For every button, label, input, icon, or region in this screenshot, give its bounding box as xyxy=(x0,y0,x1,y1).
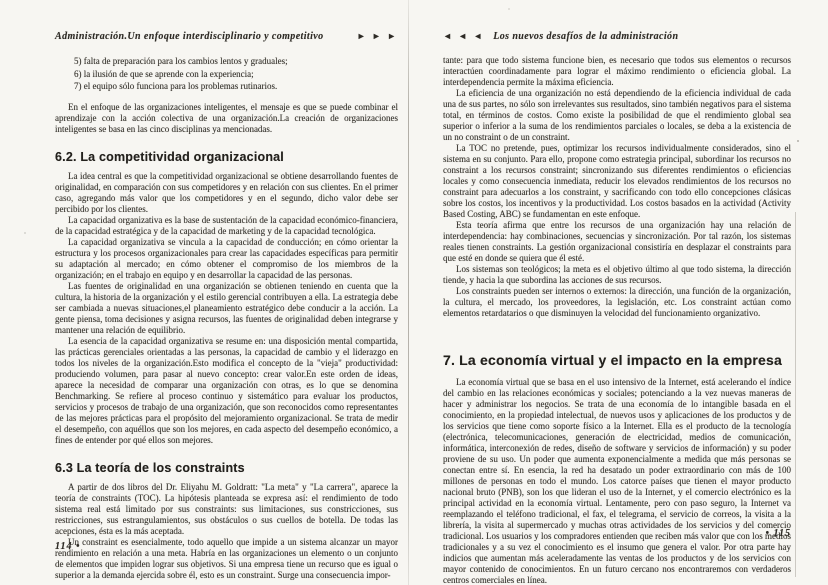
page-gutter-divider xyxy=(408,0,409,585)
scan-speck xyxy=(508,8,510,10)
numbered-list: 5) falta de preparación para los cambios… xyxy=(55,55,398,93)
paragraph: Las fuentes de originalidad en una organ… xyxy=(55,281,398,336)
scan-speck xyxy=(24,232,26,234)
page-left: Administración.Un enfoque interdisciplin… xyxy=(0,0,409,585)
paragraph: La capacidad organizativa es la base de … xyxy=(55,215,398,237)
backward-arrows-icon: ◄ ◄ ◄ xyxy=(443,31,484,41)
paragraph: Esta teoría afirma que entre los recurso… xyxy=(443,220,791,264)
numbered-item-5: 5) falta de preparación para los cambios… xyxy=(55,55,398,68)
paragraph: La eficiencia de una organización no est… xyxy=(443,88,791,143)
paragraph: Los constraints pueden ser internos o ex… xyxy=(443,286,791,319)
running-head-right: ◄ ◄ ◄ Los nuevos desafíos de la administ… xyxy=(443,31,791,42)
numbered-item-6: 6) la ilusión de que se aprende con la e… xyxy=(55,68,398,81)
page-number-left: 114 • xyxy=(55,541,80,552)
paragraph: Los sistemas son teológicos; la meta es … xyxy=(443,264,791,286)
section-heading-7: 7. La economía virtual y el impacto en l… xyxy=(443,352,791,368)
paragraph: La capacidad organizativa se vincula a l… xyxy=(55,237,398,281)
section-heading-6-2: 6.2. La competitividad organizacional xyxy=(55,150,398,164)
paragraph: La TOC no pretende, pues, optimizar los … xyxy=(443,143,791,220)
page-right: ◄ ◄ ◄ Los nuevos desafíos de la administ… xyxy=(413,0,828,585)
page-edge-line xyxy=(795,212,796,577)
book-spread: Administración.Un enfoque interdisciplin… xyxy=(0,0,828,585)
forward-arrows-icon: ► ► ► xyxy=(357,31,398,41)
paragraph: La economía virtual que se basa en el us… xyxy=(443,377,791,585)
section-heading-6-3: 6.3 La teoría de los constraints xyxy=(55,461,398,475)
intro-paragraph: En el enfoque de las organizaciones inte… xyxy=(55,102,398,135)
paragraph: La esencia de la capacidad organizativa … xyxy=(55,336,398,446)
paragraph: Un constraint es esencialmente, todo aqu… xyxy=(55,537,398,581)
running-head-left-title: Administración.Un enfoque interdisciplin… xyxy=(55,31,324,42)
scan-speck xyxy=(797,140,799,142)
paragraph: A partir de dos libros del Dr. Eliyahu M… xyxy=(55,482,398,537)
running-head-right-title: Los nuevos desafíos de la administración xyxy=(493,31,678,42)
numbered-item-7: 7) el equipo sólo funciona para los prob… xyxy=(55,80,398,93)
paragraph: La idea central es que la competitividad… xyxy=(55,171,398,215)
page-number-right: • 115 xyxy=(766,528,791,539)
running-head-left: Administración.Un enfoque interdisciplin… xyxy=(55,31,398,42)
paragraph: tante: para que todo sistema funcione bi… xyxy=(443,55,791,88)
